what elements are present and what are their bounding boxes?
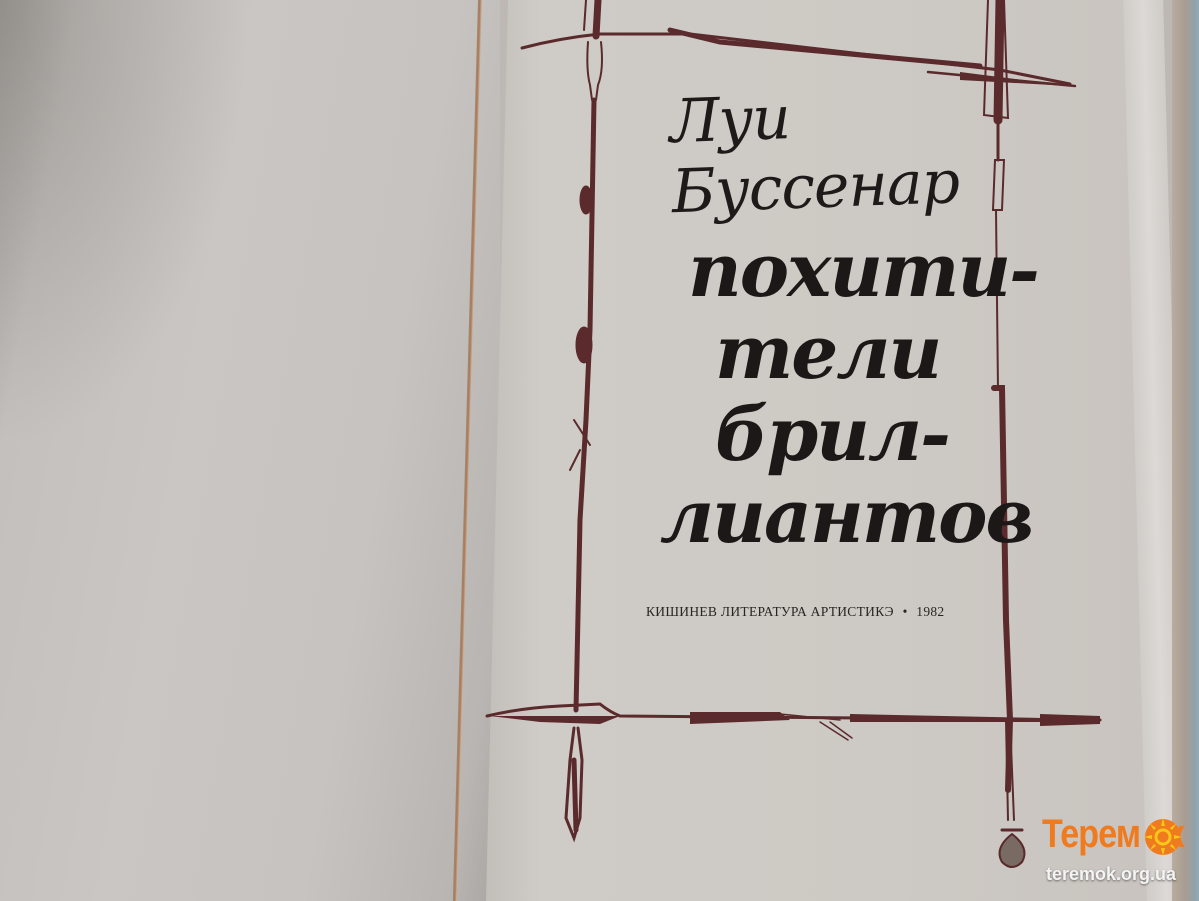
title-line-1: похити-	[688, 230, 1000, 312]
imprint-year: 1982	[916, 604, 944, 619]
title-line-2: тели	[715, 312, 1000, 394]
publisher-imprint: КИШИНЕВ ЛИТЕРАТУРА АРТИСТИКЭ • 1982	[646, 604, 966, 620]
book-title: похити- тели брил- лиантов	[660, 230, 1000, 558]
watermark-url: teremok.org.ua	[1046, 864, 1176, 885]
author-name: Луи Буссенар	[668, 77, 972, 197]
watermark-brand-left: Терем	[1042, 812, 1140, 856]
imprint-publisher: ЛИТЕРАТУРА АРТИСТИКЭ	[721, 604, 894, 619]
teremok-watermark: Теремк teremok.org.ua	[1040, 812, 1195, 897]
imprint-separator: •	[903, 604, 908, 619]
spear-frame-illustration	[0, 0, 1199, 901]
title-line-3: брил-	[715, 394, 1000, 476]
title-line-4: лиантов	[660, 476, 1000, 558]
sun-icon	[1142, 816, 1184, 858]
imprint-city: КИШИНЕВ	[646, 604, 717, 619]
